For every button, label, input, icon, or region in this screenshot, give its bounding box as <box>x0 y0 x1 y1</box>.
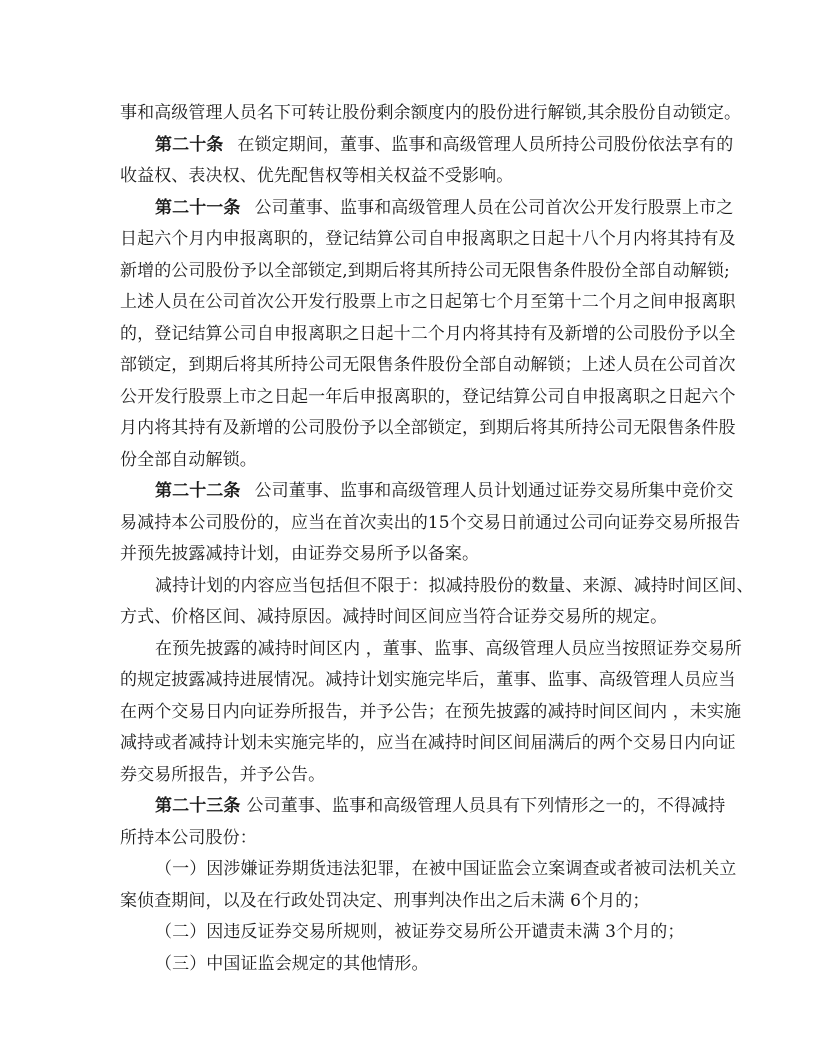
line-text: （二）因违反证券交易所规则，被证券交易所公开谴责未满 3个月的； <box>155 922 684 942</box>
text-line: 方式、价格区间、减持原因。减持时间区间应当符合证券交易所的规定。 <box>120 602 700 634</box>
line-text: 在两个交易日内向证券所报告，并予公告；在预先披露的减持时间区间内 ，未实施 <box>120 702 741 722</box>
line-text: 公司董事、监事和高级管理人员计划通过证券交易所集中竞价交 <box>255 481 734 501</box>
article-number: 第二十三条 <box>155 796 241 816</box>
line-text: 月内将其持有及新增的公司股份予以全部锁定，到期后将其所持公司无限售条件股 <box>120 418 736 438</box>
line-text: 易减持本公司股份的，应当在首次卖出的15个交易日前通过公司向证券交易所报告 <box>120 513 740 533</box>
text-line: 案侦查期间，以及在行政处罚决定、刑事判决作出之后未满 6个月的； <box>120 886 700 918</box>
line-text: 券交易所报告，并予公告。 <box>120 765 325 785</box>
line-text: 事和高级管理人员名下可转让股份剩余额度内的股份进行解锁,其余股份自动锁定。 <box>120 103 741 123</box>
article-22-heading-line: 第二十二条公司董事、监事和高级管理人员计划通过证券交易所集中竞价交 <box>120 476 700 508</box>
line-text: 所持本公司股份： <box>120 828 257 848</box>
text-line: 日起六个月内申报离职的，登记结算公司自申报离职之日起十八个月内将其持有及 <box>120 224 700 256</box>
line-text: 公开发行股票上市之日起一年后申报离职的，登记结算公司自申报离职之日起六个 <box>120 387 736 407</box>
list-item-3-line: （三）中国证监会规定的其他情形。 <box>120 949 700 981</box>
line-text: 方式、价格区间、减持原因。减持时间区间应当符合证券交易所的规定。 <box>120 607 667 627</box>
article-number: 第二十一条 <box>155 198 241 218</box>
text-line: 并预先披露减持计划，由证券交易所予以备案。 <box>120 539 700 571</box>
text-line: 份全部自动解锁。 <box>120 445 700 477</box>
text-line: 的规定披露减持进展情况。减持计划实施完毕后，董事、监事、高级管理人员应当 <box>120 665 700 697</box>
document-page: 事和高级管理人员名下可转让股份剩余额度内的股份进行解锁,其余股份自动锁定。 第二… <box>120 98 700 980</box>
text-line: 券交易所报告，并予公告。 <box>120 760 700 792</box>
text-line: 的，登记结算公司自申报离职之日起十二个月内将其持有及新增的公司股份予以全 <box>120 319 700 351</box>
line-text: 份全部自动解锁。 <box>120 450 257 470</box>
text-line: 新增的公司股份予以全部锁定,到期后将其所持公司无限售条件股份全部自动解锁; <box>120 256 700 288</box>
text-line: 月内将其持有及新增的公司股份予以全部锁定，到期后将其所持公司无限售条件股 <box>120 413 700 445</box>
line-text: 的，登记结算公司自申报离职之日起十二个月内将其持有及新增的公司股份予以全 <box>120 324 736 344</box>
text-line: 部锁定，到期后将其所持公司无限售条件股份全部自动解锁；上述人员在公司首次 <box>120 350 700 382</box>
line-text: 日起六个月内申报离职的，登记结算公司自申报离职之日起十八个月内将其持有及 <box>120 229 736 249</box>
line-text: 在预先披露的减持时间区内 ，董事、监事、高级管理人员应当按照证券交易所 <box>155 639 742 659</box>
text-line: 公开发行股票上市之日起一年后申报离职的，登记结算公司自申报离职之日起六个 <box>120 382 700 414</box>
line-text: 上述人员在公司首次公开发行股票上市之日起第七个月至第十二个月之间申报离职 <box>120 292 736 312</box>
text-line: 易减持本公司股份的，应当在首次卖出的15个交易日前通过公司向证券交易所报告 <box>120 508 700 540</box>
article-23-heading-line: 第二十三条公司董事、监事和高级管理人员具有下列情形之一的，不得减持 <box>120 791 700 823</box>
paragraph-start-line: 减持计划的内容应当包括但不限于：拟减持股份的数量、来源、减持时间区间、 <box>120 571 700 603</box>
article-20-heading-line: 第二十条在锁定期间，董事、监事和高级管理人员所持公司股份依法享有的 <box>120 130 700 162</box>
paragraph-start-line: 在预先披露的减持时间区内 ，董事、监事、高级管理人员应当按照证券交易所 <box>120 634 700 666</box>
line-text: 部锁定，到期后将其所持公司无限售条件股份全部自动解锁；上述人员在公司首次 <box>120 355 736 375</box>
line-text: 减持或者减持计划未实施完毕的，应当在减持时间区间届满后的两个交易日内向证 <box>120 733 736 753</box>
list-item-1-line: （一）因涉嫌证券期货违法犯罪，在被中国证监会立案调查或者被司法机关立 <box>120 854 700 886</box>
text-line: 收益权、表决权、优先配售权等相关权益不受影响。 <box>120 161 700 193</box>
line-text: 公司董事、监事和高级管理人员在公司首次公开发行股票上市之 <box>255 198 734 218</box>
line-text: 收益权、表决权、优先配售权等相关权益不受影响。 <box>120 166 513 186</box>
text-line: 事和高级管理人员名下可转让股份剩余额度内的股份进行解锁,其余股份自动锁定。 <box>120 98 700 130</box>
text-line: 在两个交易日内向证券所报告，并予公告；在预先披露的减持时间区间内 ，未实施 <box>120 697 700 729</box>
line-text: （一）因涉嫌证券期货违法犯罪，在被中国证监会立案调查或者被司法机关立 <box>155 859 736 879</box>
line-text: 新增的公司股份予以全部锁定,到期后将其所持公司无限售条件股份全部自动解锁; <box>120 261 730 281</box>
text-line: 上述人员在公司首次公开发行股票上市之日起第七个月至第十二个月之间申报离职 <box>120 287 700 319</box>
line-text: 在锁定期间，董事、监事和高级管理人员所持公司股份依法享有的 <box>237 135 733 155</box>
line-text: 案侦查期间，以及在行政处罚决定、刑事判决作出之后未满 6个月的； <box>120 891 649 911</box>
article-number: 第二十条 <box>155 135 223 155</box>
line-text: 公司董事、监事和高级管理人员具有下列情形之一的，不得减持 <box>247 796 726 816</box>
text-line: 减持或者减持计划未实施完毕的，应当在减持时间区间届满后的两个交易日内向证 <box>120 728 700 760</box>
line-text: （三）中国证监会规定的其他情形。 <box>155 954 429 974</box>
list-item-2-line: （二）因违反证券交易所规则，被证券交易所公开谴责未满 3个月的； <box>120 917 700 949</box>
line-text: 减持计划的内容应当包括但不限于：拟减持股份的数量、来源、减持时间区间、 <box>155 576 754 596</box>
article-number: 第二十二条 <box>155 481 241 501</box>
line-text: 的规定披露减持进展情况。减持计划实施完毕后，董事、监事、高级管理人员应当 <box>120 670 736 690</box>
line-text: 并预先披露减持计划，由证券交易所予以备案。 <box>120 544 479 564</box>
text-line: 所持本公司股份： <box>120 823 700 855</box>
article-21-heading-line: 第二十一条公司董事、监事和高级管理人员在公司首次公开发行股票上市之 <box>120 193 700 225</box>
